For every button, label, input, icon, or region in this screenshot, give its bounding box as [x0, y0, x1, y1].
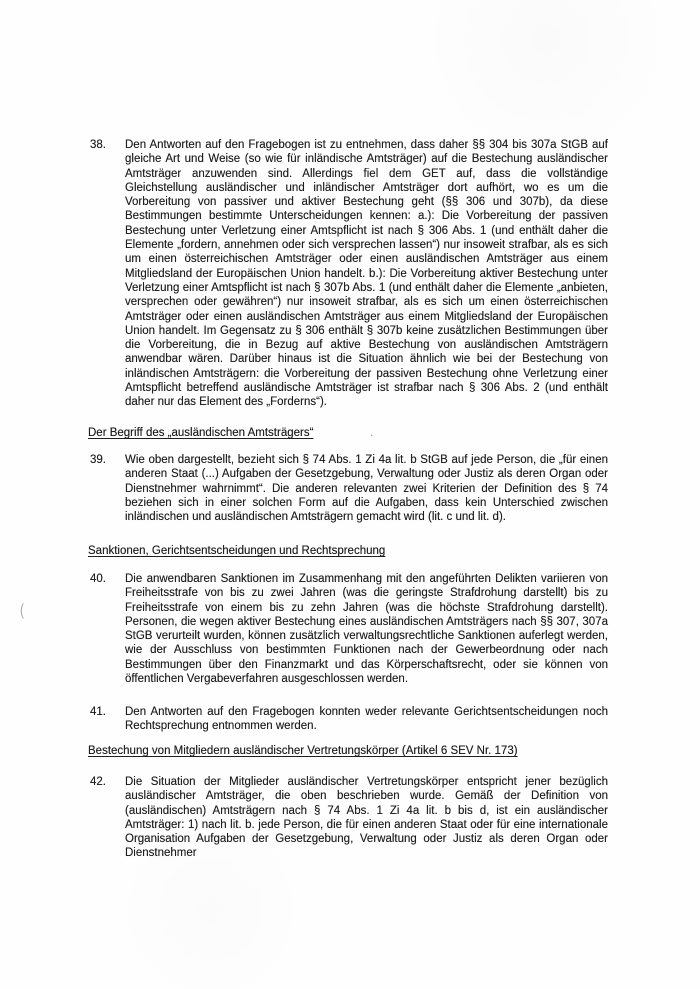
paragraph-40-text: Die anwendbaren Sanktionen im Zusammenha…	[125, 572, 608, 686]
paragraph-38-text: Den Antworten auf den Fragebogen ist zu …	[125, 138, 608, 410]
paragraph-39-number: 39.	[90, 453, 125, 524]
paragraph-40: 40. Die anwendbaren Sanktionen im Zusamm…	[90, 572, 608, 686]
paragraph-42-number: 42.	[90, 775, 125, 861]
paragraph-39: 39. Wie oben dargestellt, bezieht sich §…	[90, 453, 608, 524]
paragraph-42: 42. Die Situation der Mitglieder ausländ…	[90, 775, 608, 861]
paragraph-41: 41. Den Antworten auf den Fragebogen kon…	[90, 705, 608, 734]
scan-artifact-paren: (	[20, 601, 24, 619]
document-page: 38. Den Antworten auf den Fragebogen ist…	[0, 0, 700, 989]
paragraph-42-text: Die Situation der Mitglieder ausländisch…	[125, 775, 608, 861]
paragraph-41-number: 41.	[90, 705, 125, 734]
paragraph-38: 38. Den Antworten auf den Fragebogen ist…	[90, 138, 608, 410]
paragraph-38-number: 38.	[90, 138, 125, 410]
section-heading-sanktionen: Sanktionen, Gerichtsentscheidungen und R…	[88, 544, 608, 558]
section-heading-bestechung-vertretungskoerper: Bestechung von Mitgliedern ausländischer…	[88, 744, 608, 758]
paragraph-40-number: 40.	[90, 572, 125, 686]
paragraph-41-text: Den Antworten auf den Fragebogen konnten…	[125, 705, 608, 734]
section-heading-begriff-auslaendischer-amtstraeger: Der Begriff des „ausländischen Amtsträge…	[88, 426, 608, 440]
paragraph-39-text: Wie oben dargestellt, bezieht sich § 74 …	[125, 453, 608, 524]
scan-artifact-dot: .	[370, 425, 373, 439]
